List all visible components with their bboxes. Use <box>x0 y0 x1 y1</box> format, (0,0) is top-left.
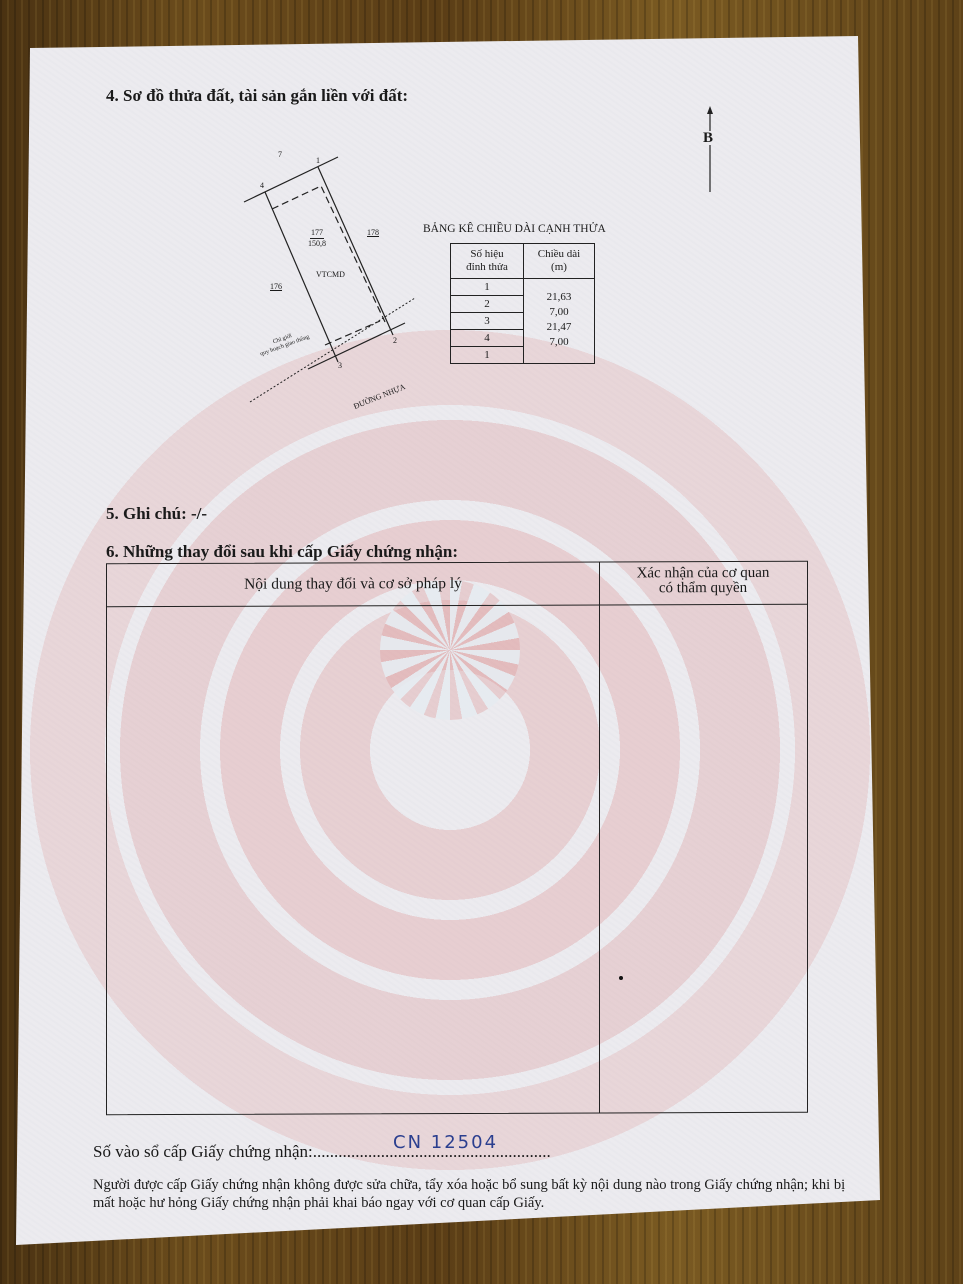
length-value: 21,63 <box>524 290 594 305</box>
lengths-cell: 21,63 7,00 21,47 7,00 <box>524 279 595 364</box>
vertex-cell: 3 <box>451 313 524 330</box>
adjacent-parcel-left: 176 <box>270 282 282 291</box>
section5-title: 5. Ghi chú: -/- <box>106 504 207 524</box>
parcel-diagram: 7 1 4 2 3 177 150,8 VTCMD 176 178 Chỉ gi… <box>230 140 450 440</box>
vertex-cell: 1 <box>451 347 524 364</box>
parcel-number-area: 177 150,8 <box>308 228 326 249</box>
edge-table-title: BẢNG KÊ CHIỀU DÀI CẠNH THỬA <box>423 223 606 235</box>
vertex-4-label: 4 <box>260 181 264 190</box>
north-arrow: B <box>700 106 720 192</box>
length-value: 7,00 <box>524 305 594 320</box>
length-value: 7,00 <box>524 335 594 350</box>
change-content-header: Nội dung thay đổi và cơ sở pháp lý <box>107 575 599 595</box>
length-value: 21,47 <box>524 320 594 335</box>
vertex-3-label: 3 <box>338 361 342 370</box>
parcel-area: 150,8 <box>308 239 326 248</box>
authority-confirmation-header: Xác nhận của cơ quan có thẩm quyền <box>599 566 807 597</box>
vertex-cell: 2 <box>451 296 524 313</box>
vertex-cell: 1 <box>451 279 524 296</box>
ink-dot <box>619 976 623 980</box>
adjacent-parcel-right: 178 <box>367 228 379 237</box>
certificate-page: 4. Sơ đồ thửa đất, tài sản gắn liền với … <box>0 0 963 1284</box>
vertex-2-label: 2 <box>393 336 397 345</box>
vertex-cell: 4 <box>451 330 524 347</box>
parcel-number: 177 <box>310 228 324 239</box>
vertex-1-label: 1 <box>316 156 320 165</box>
col-length-header: Chiều dài(m) <box>524 244 595 279</box>
registration-label: Số vào sổ cấp Giấy chứng nhận: <box>93 1142 313 1161</box>
section6-title: 6. Những thay đổi sau khi cấp Giấy chứng… <box>106 542 458 562</box>
changes-table: Nội dung thay đổi và cơ sở pháp lý Xác n… <box>106 561 808 1115</box>
section4-title: 4. Sơ đồ thửa đất, tài sản gắn liền với … <box>106 86 408 106</box>
col-vertex-header: Số hiệuđỉnh thửa <box>451 244 524 279</box>
north-label: B <box>703 131 713 145</box>
holder-notice: Người được cấp Giấy chứng nhận không đượ… <box>93 1176 853 1212</box>
edge-length-table: Số hiệuđỉnh thửa Chiều dài(m) 1 21,63 7,… <box>450 243 595 364</box>
registration-number: CN 12504 <box>393 1132 498 1153</box>
column-divider <box>599 563 600 1113</box>
registration-line: Số vào sổ cấp Giấy chứng nhận:..........… <box>93 1142 551 1162</box>
parcel-use: VTCMD <box>316 270 345 279</box>
arrow-up-icon <box>700 106 720 192</box>
adjacent-parcel-top: 7 <box>278 150 282 159</box>
